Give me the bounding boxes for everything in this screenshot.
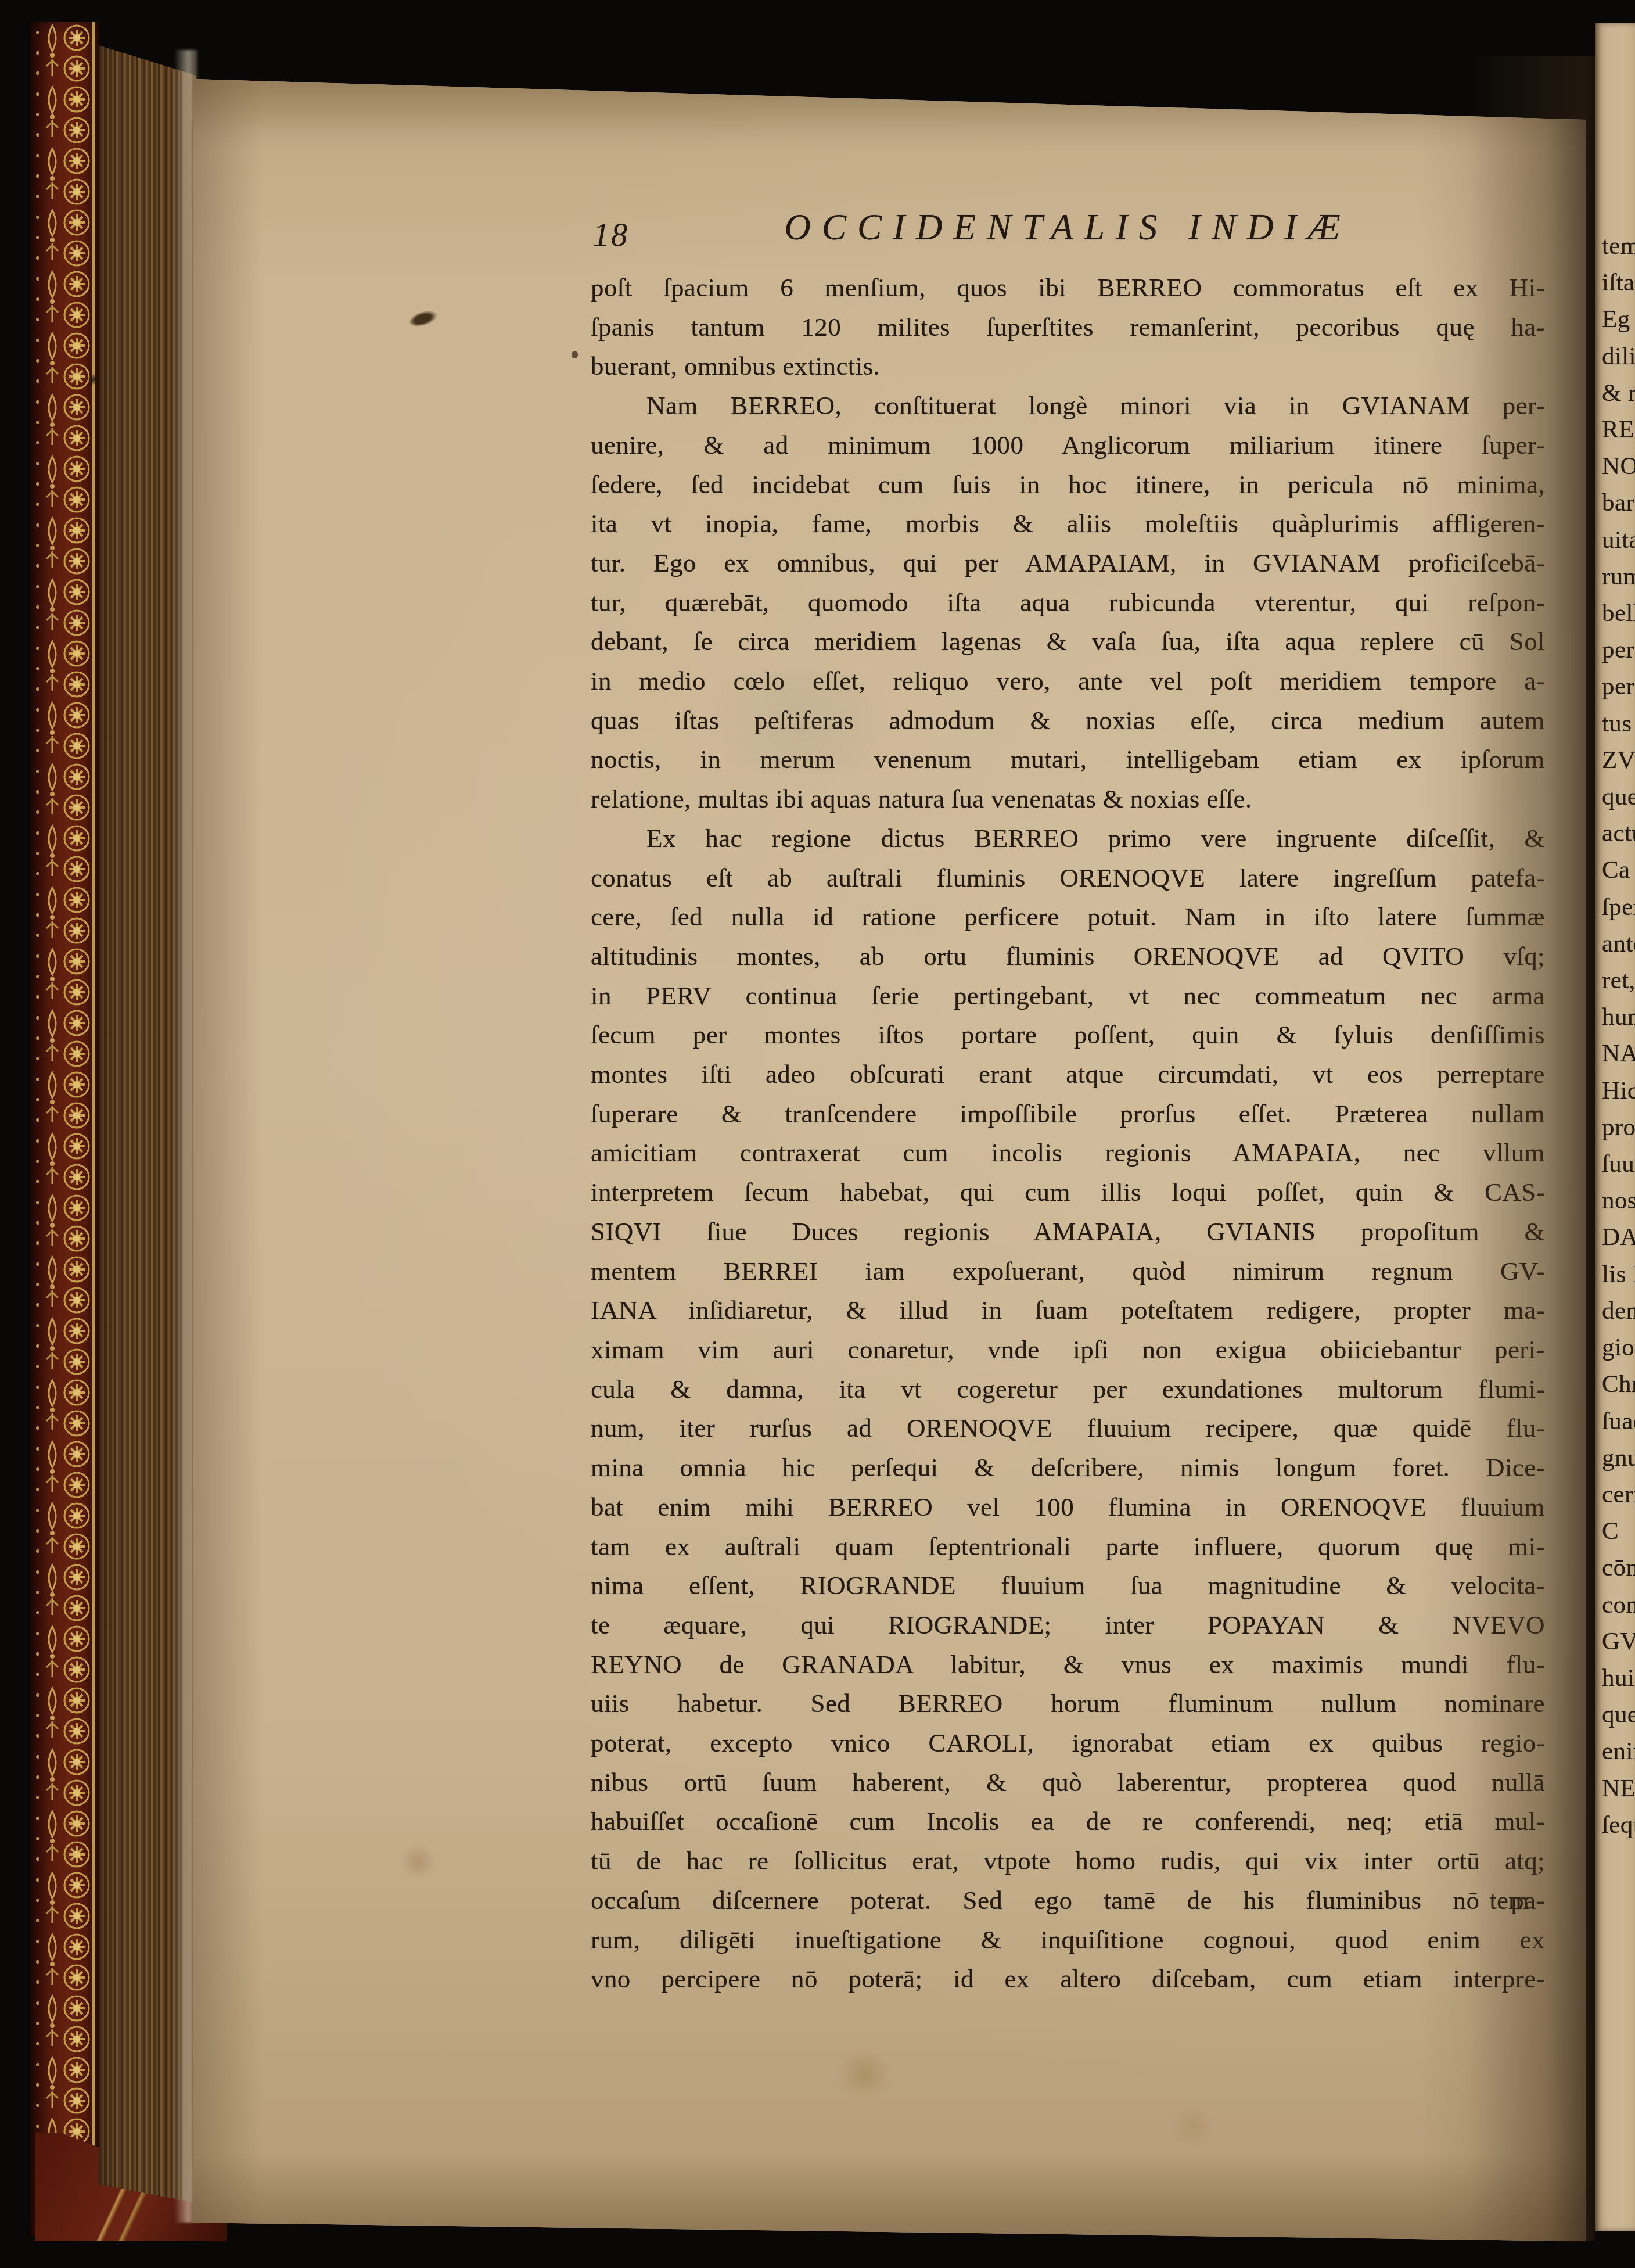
facing-text-fragment: per diſ [1602, 668, 1635, 705]
foxing-spot [1171, 2108, 1214, 2144]
text-line: in PERV continua ſerie pertingebant, vt … [591, 977, 1545, 1016]
book-page: 18 OCCIDENTALIS INDIÆ poſt ſpacium 6 men… [193, 64, 1586, 2241]
facing-text-fragment: cōmo [1602, 1549, 1635, 1586]
text-line: cula & damna, ita vt cogeretur per exund… [591, 1370, 1545, 1409]
facing-text-fragment: ret, qu [1602, 962, 1635, 999]
text-line: ſedere, ſed incidebat cum ſuis in hoc it… [591, 465, 1545, 505]
facing-text-fragment: Hic in [1602, 1072, 1635, 1109]
facing-text-fragment: que ab [1602, 778, 1635, 815]
facing-text-fragment: iſtarum [1602, 264, 1635, 301]
facing-text-fragment: C [1602, 1513, 1635, 1549]
facing-text-fragment: enim [1602, 1733, 1635, 1770]
facing-text-fragment: tus eſt, [1602, 705, 1635, 742]
text-line: cere, ſed nulla id ratione perficere pot… [591, 898, 1545, 937]
text-line: tur, quærebāt, quomodo iſta aqua rubicun… [591, 583, 1545, 623]
text-line: bat enim mihi BERREO vel 100 flumina in … [591, 1488, 1545, 1527]
facing-text-fragment: bella in [1602, 595, 1635, 631]
facing-text-fragment: NES, c [1602, 1770, 1635, 1807]
text-line: ximam vim auri conaretur, vnde ipſi non … [591, 1330, 1545, 1370]
text-line: relatione, multas ibi aquas natura ſua v… [591, 780, 1545, 819]
text-line: amicitiam contraxerat cum incolis region… [591, 1133, 1545, 1173]
spine-gilt-ornament-icon [30, 22, 99, 2237]
facing-text-fragment: confe [1602, 1587, 1635, 1623]
text-line: uenire, & ad minimum 1000 Anglicorum mil… [591, 426, 1545, 465]
facing-text-fragment: ſpem a [1602, 889, 1635, 925]
text-line: poterat, excepto vnico CAROLI, ignorabat… [591, 1724, 1545, 1763]
text-line: montes iſti adeo obſcurati erant atque c… [591, 1055, 1545, 1094]
text-line: IANA inſidiaretur, & illud in ſuam poteſ… [591, 1291, 1545, 1330]
ink-mark [408, 306, 444, 329]
facing-text-fragment: huma [1602, 999, 1635, 1035]
facing-text-fragment: GVIA [1602, 1623, 1635, 1660]
facing-page-edge: tem miſtarumEgdiliger& regiRENO CNON CVb… [1595, 23, 1635, 2231]
facing-text-fragment: denti [1602, 1293, 1635, 1329]
facing-text-fragment: actus f [1602, 815, 1635, 852]
book-spine-leather [30, 22, 99, 2237]
facing-text-fragment: perabil [1602, 631, 1635, 668]
text-line: interpretem ſecum habebat, qui cum illis… [591, 1173, 1545, 1212]
facing-text-fragment: & regi [1602, 375, 1635, 411]
facing-text-fragment: bar etia [1602, 485, 1635, 521]
text-line: te æquare, qui RIOGRANDE; inter POPAYAN … [591, 1606, 1545, 1645]
text-line: tur. Ego ex omnibus, qui per AMAPAIAM, i… [591, 544, 1545, 583]
book-photo: 18 OCCIDENTALIS INDIÆ poſt ſpacium 6 men… [0, 0, 1635, 2268]
facing-text-fragment: propt [1602, 1109, 1635, 1146]
text-line: ſpanis tantum 120 milites ſuperſtites re… [591, 308, 1545, 347]
facing-text-fragment: diliger [1602, 338, 1635, 375]
text-line: nibus ortū ſuum haberent, & quò laberent… [591, 1763, 1545, 1803]
facing-text-fragment: gione [1602, 1329, 1635, 1366]
text-line: uiis habetur. Sed BERREO horum fluminum … [591, 1684, 1545, 1724]
facing-text-fragment: gnum [1602, 1440, 1635, 1476]
facing-text-fragment: Eg [1602, 301, 1635, 338]
text-line: nima eſſent, RIOGRANDE fluuium ſua magni… [591, 1566, 1545, 1606]
text-line: rum, diligēti inueſtigatione & inquiſiti… [591, 1921, 1545, 1960]
facing-text-fragment: NON CV [1602, 448, 1635, 485]
text-line: ita vt inopia, fame, morbis & aliis mole… [591, 504, 1545, 544]
text-line: altitudinis montes, ab ortu fluminis ORE… [591, 937, 1545, 977]
text-line: num, iter rurſus ad ORENOQVE fluuium rec… [591, 1409, 1545, 1448]
facing-text-fragment: Ca [1602, 852, 1635, 888]
foxing-spot [400, 1845, 437, 1878]
text-line: noctis, in merum venenum mutari, intelli… [591, 740, 1545, 780]
facing-text-fragment: tem m [1602, 228, 1635, 264]
text-line: in medio cœlo eſſet, reliquo vero, ante … [591, 662, 1545, 701]
text-line: mentem BERREI iam expoſuerant, quòd nimi… [591, 1252, 1545, 1291]
running-title: OCCIDENTALIS INDIÆ [591, 206, 1545, 249]
margin-ink-dot [572, 351, 578, 358]
text-line: buerant, omnibus extinctis. [591, 347, 1545, 386]
facing-text-fragment: RENO C [1602, 411, 1635, 448]
catchword: tem [591, 1881, 1545, 1920]
facing-text-fragment: ZVM A [1602, 742, 1635, 778]
facing-text-fragment: antece [1602, 925, 1635, 962]
text-line: poſt ſpacium 6 menſium, quos ibi BERREO … [591, 268, 1545, 308]
facing-text-fragment: uitatib [1602, 522, 1635, 558]
text-line: SIQVI ſiue Duces regionis AMAPAIA, GVIAN… [591, 1212, 1545, 1252]
text-line: habuiſſet occaſionē cum Incolis ea de re… [591, 1802, 1545, 1842]
text-line: Nam BERREO, conſtituerat longè minori vi… [591, 386, 1545, 426]
facing-text-fragment: nos, H [1602, 1182, 1635, 1219]
text-line: debant, ſe circa meridiem lagenas & vaſa… [591, 622, 1545, 662]
facing-text-fragment: ſeque [1602, 1807, 1635, 1843]
facing-text-fragment: NA, VE [1602, 1035, 1635, 1072]
facing-text-fragment: ſuum [1602, 1146, 1635, 1182]
text-line: Ex hac regione dictus BERREO primo vere … [591, 819, 1545, 859]
page-header: 18 OCCIDENTALIS INDIÆ [591, 199, 1545, 269]
page-text: poſt ſpacium 6 menſium, quos ibi BERREO … [591, 268, 1545, 1999]
text-line: conatus eſt ab auſtrali fluminis ORENOQV… [591, 859, 1545, 898]
text-line: tū de hac re ſollicitus erat, vtpote hom… [591, 1842, 1545, 1881]
text-line: REYNO de GRANADA labitur, & vnus ex maxi… [591, 1645, 1545, 1685]
text-line: ſuperare & tranſcendere impoſſibile pror… [591, 1094, 1545, 1134]
text-line: vno percipere nō poterā; id ex altero di… [591, 1960, 1545, 1999]
facing-text-fragment: rum te [1602, 558, 1635, 595]
facing-text-fragment: Chriſ [1602, 1366, 1635, 1402]
text-line: tam ex auſtrali quam ſeptentrionali part… [591, 1527, 1545, 1567]
facing-text-fragment: ſuade [1602, 1403, 1635, 1440]
facing-text-fragment: quen [1602, 1696, 1635, 1733]
text-line: mina omnia hic perſequi & deſcribere, ni… [591, 1448, 1545, 1488]
text-line: ſecum per montes iſtos portare poſſent, … [591, 1015, 1545, 1055]
facing-text-fragment: huic [1602, 1660, 1635, 1696]
text-line: quas iſtas peſtiferas admodum & noxias e… [591, 701, 1545, 741]
facing-text-fragment: lis Inc [1602, 1256, 1635, 1293]
facing-text-fragment: ceri p [1602, 1476, 1635, 1513]
foxing-spot [836, 2051, 892, 2097]
facing-page-text: tem miſtarumEgdiliger& regiRENO CNON CVb… [1602, 228, 1635, 1843]
facing-text-fragment: DAD [1602, 1219, 1635, 1255]
